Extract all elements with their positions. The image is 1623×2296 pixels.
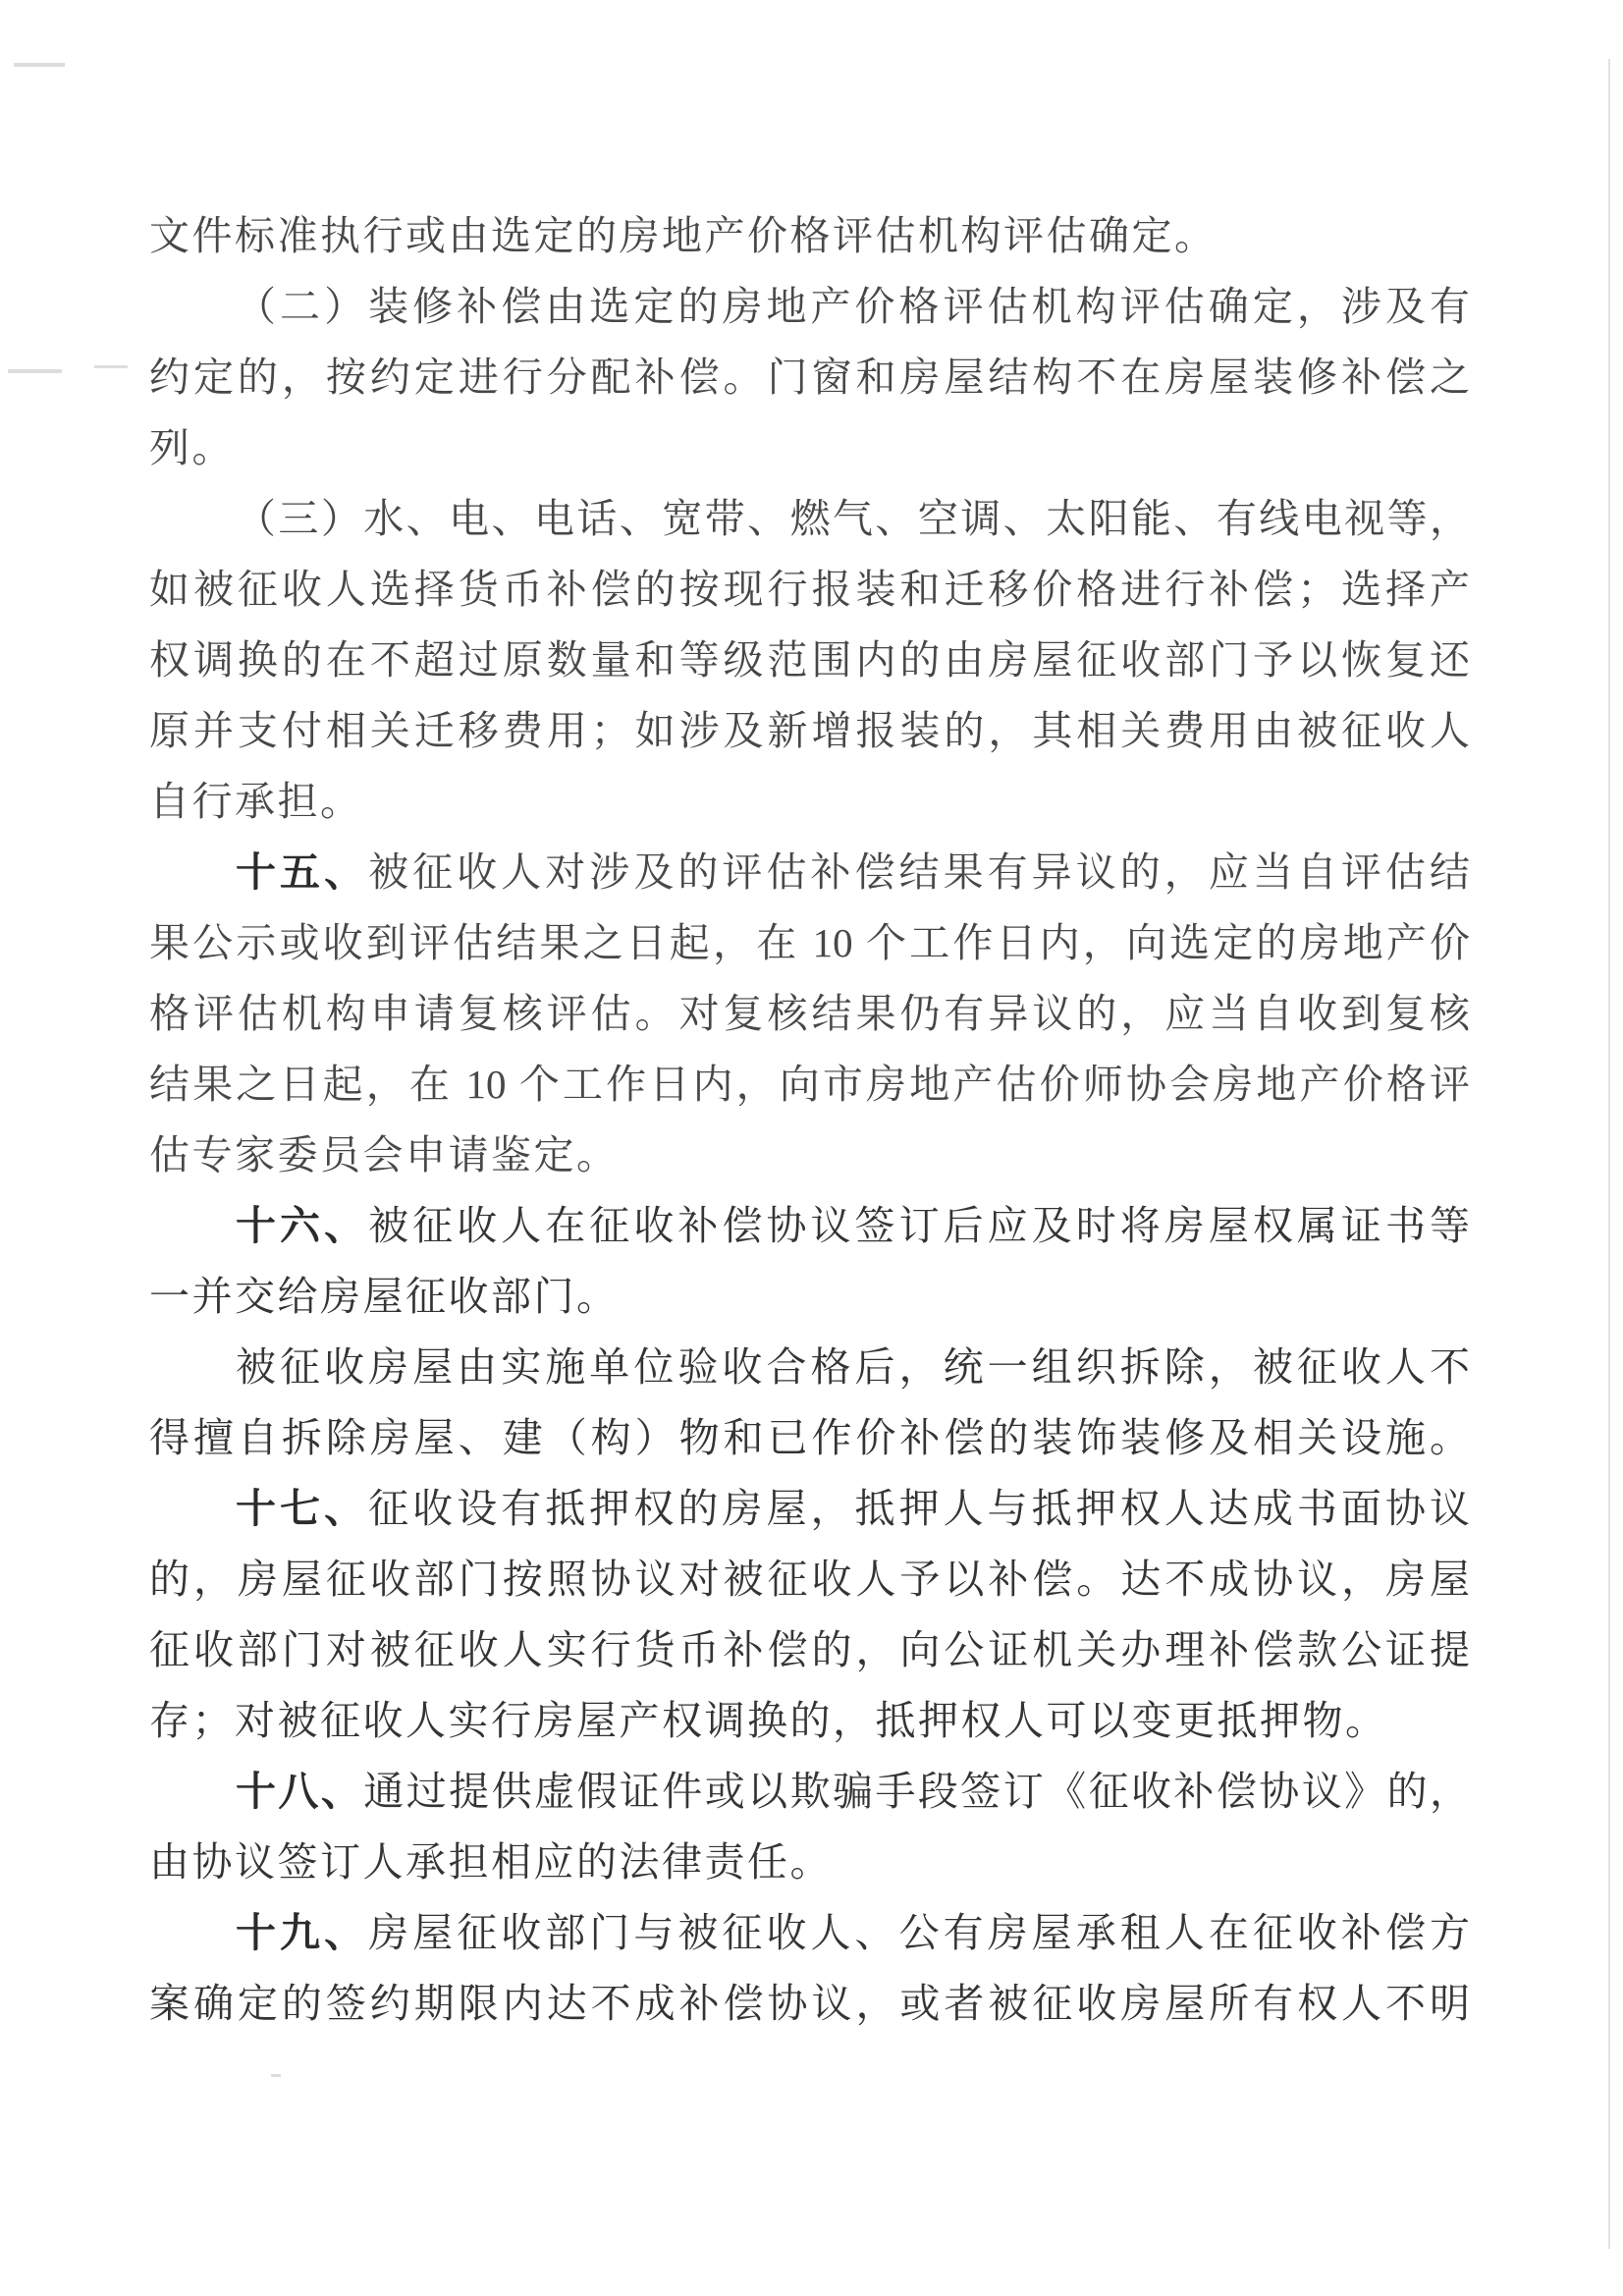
text-line: 一并交给房屋征收部门。 <box>149 1261 1470 1332</box>
text-line: （三）水、电、电话、宽带、燃气、空调、太阳能、有线电视等， <box>149 483 1470 554</box>
line-text: 被征收人对涉及的评估补偿结果有异议的，应当自评估结 <box>368 849 1470 895</box>
line-text: 房屋征收部门与被征收人、公有房屋承租人在征收补偿方 <box>368 1910 1470 1955</box>
line-text: 得擅自拆除房屋、建（构）物和已作价补偿的装饰装修及相关设施。 <box>149 1415 1470 1460</box>
scan-noise-dash <box>8 369 62 373</box>
scan-edge-line <box>1608 59 1610 2249</box>
line-text: 征收部门对被征收人实行货币补偿的，向公证机关办理补偿款公证提 <box>149 1627 1470 1672</box>
line-text: 存；对被征收人实行房屋产权调换的，抵押权人可以变更抵押物。 <box>149 1698 1388 1743</box>
text-line: 十五、被征收人对涉及的评估补偿结果有异议的，应当自评估结 <box>149 837 1470 907</box>
line-text: 结果之日起，在 10 个工作日内，向市房地产估价师协会房地产价格评 <box>149 1062 1470 1107</box>
text-line: 列。 <box>149 412 1470 483</box>
text-line: 十九、房屋征收部门与被征收人、公有房屋承租人在征收补偿方 <box>149 1897 1470 1968</box>
text-line: 由协议签订人承担相应的法律责任。 <box>149 1827 1470 1897</box>
line-text: 通过提供虚假证件或以欺骗手段签订《征收补偿协议》的， <box>363 1769 1470 1814</box>
text-line: 文件标准执行或由选定的房地产价格评估机构评估确定。 <box>149 200 1470 271</box>
line-text: 自行承担。 <box>149 779 363 824</box>
line-text: 被征收人在征收补偿协议签订后应及时将房屋权属证书等 <box>368 1203 1470 1248</box>
line-lead: 十五、 <box>236 849 368 895</box>
text-line: 自行承担。 <box>149 766 1470 837</box>
text-line: 格评估机构申请复核评估。对复核结果仍有异议的，应当自收到复核 <box>149 978 1470 1049</box>
text-line: 得擅自拆除房屋、建（构）物和已作价补偿的装饰装修及相关设施。 <box>149 1402 1470 1473</box>
line-text: 格评估机构申请复核评估。对复核结果仍有异议的，应当自收到复核 <box>149 991 1470 1036</box>
scan-noise-dash <box>94 365 128 368</box>
text-line: （二）装修补偿由选定的房地产价格评估机构评估确定，涉及有 <box>149 271 1470 342</box>
text-line: 约定的，按约定进行分配补偿。门窗和房屋结构不在房屋装修补偿之 <box>149 342 1470 412</box>
line-text: 文件标准执行或由选定的房地产价格评估机构评估确定。 <box>149 213 1217 258</box>
text-line: 结果之日起，在 10 个工作日内，向市房地产估价师协会房地产价格评 <box>149 1049 1470 1120</box>
scan-noise-dash <box>14 63 65 67</box>
line-text: 果公示或收到评估结果之日起，在 10 个工作日内，向选定的房地产价 <box>149 920 1470 965</box>
line-text: 案确定的签约期限内达不成补偿协议，或者被征收房屋所有权人不明 <box>149 1981 1470 2026</box>
scan-noise-dash <box>271 2074 281 2077</box>
line-text: （三）水、电、电话、宽带、燃气、空调、太阳能、有线电视等， <box>236 496 1470 541</box>
line-text: 征收设有抵押权的房屋，抵押人与抵押权人达成书面协议 <box>368 1486 1470 1531</box>
text-line: 果公示或收到评估结果之日起，在 10 个工作日内，向选定的房地产价 <box>149 907 1470 978</box>
text-line: 十七、征收设有抵押权的房屋，抵押人与抵押权人达成书面协议 <box>149 1473 1470 1544</box>
line-text: （二）装修补偿由选定的房地产价格评估机构评估确定，涉及有 <box>236 284 1470 329</box>
text-line: 十六、被征收人在征收补偿协议签订后应及时将房屋权属证书等 <box>149 1190 1470 1261</box>
line-text: 由协议签订人承担相应的法律责任。 <box>149 1839 833 1885</box>
line-lead: 十九、 <box>236 1910 368 1955</box>
line-text: 估专家委员会申请鉴定。 <box>149 1132 620 1177</box>
line-text: 被征收房屋由实施单位验收合格后，统一组织拆除，被征收人不 <box>236 1344 1470 1390</box>
text-line: 原并支付相关迁移费用；如涉及新增报装的，其相关费用由被征收人 <box>149 695 1470 766</box>
line-text: 列。 <box>149 425 235 470</box>
line-lead: 十八、 <box>236 1769 363 1814</box>
text-line: 征收部门对被征收人实行货币补偿的，向公证机关办理补偿款公证提 <box>149 1614 1470 1685</box>
text-line: 存；对被征收人实行房屋产权调换的，抵押权人可以变更抵押物。 <box>149 1685 1470 1756</box>
line-lead: 十六、 <box>236 1203 368 1248</box>
text-line: 被征收房屋由实施单位验收合格后，统一组织拆除，被征收人不 <box>149 1332 1470 1402</box>
line-text: 一并交给房屋征收部门。 <box>149 1274 620 1319</box>
text-line: 如被征收人选择货币补偿的按现行报装和迁移价格进行补偿；选择产 <box>149 554 1470 625</box>
line-text: 如被征收人选择货币补偿的按现行报装和迁移价格进行补偿；选择产 <box>149 567 1470 612</box>
text-line: 估专家委员会申请鉴定。 <box>149 1120 1470 1190</box>
line-text: 约定的，按约定进行分配补偿。门窗和房屋结构不在房屋装修补偿之 <box>149 355 1470 400</box>
line-text: 原并支付相关迁移费用；如涉及新增报装的，其相关费用由被征收人 <box>149 708 1470 753</box>
document-page: 文件标准执行或由选定的房地产价格评估机构评估确定。 （二）装修补偿由选定的房地产… <box>0 0 1623 2296</box>
text-line: 权调换的在不超过原数量和等级范围内的由房屋征收部门予以恢复还 <box>149 625 1470 695</box>
text-line: 十八、通过提供虚假证件或以欺骗手段签订《征收补偿协议》的， <box>149 1756 1470 1827</box>
line-text: 的，房屋征收部门按照协议对被征收人予以补偿。达不成协议，房屋 <box>149 1557 1470 1602</box>
text-line: 的，房屋征收部门按照协议对被征收人予以补偿。达不成协议，房屋 <box>149 1544 1470 1614</box>
text-block: 文件标准执行或由选定的房地产价格评估机构评估确定。 （二）装修补偿由选定的房地产… <box>149 200 1470 2039</box>
line-lead: 十七、 <box>236 1486 368 1531</box>
line-text: 权调换的在不超过原数量和等级范围内的由房屋征收部门予以恢复还 <box>149 637 1470 683</box>
text-line: 案确定的签约期限内达不成补偿协议，或者被征收房屋所有权人不明 <box>149 1968 1470 2039</box>
